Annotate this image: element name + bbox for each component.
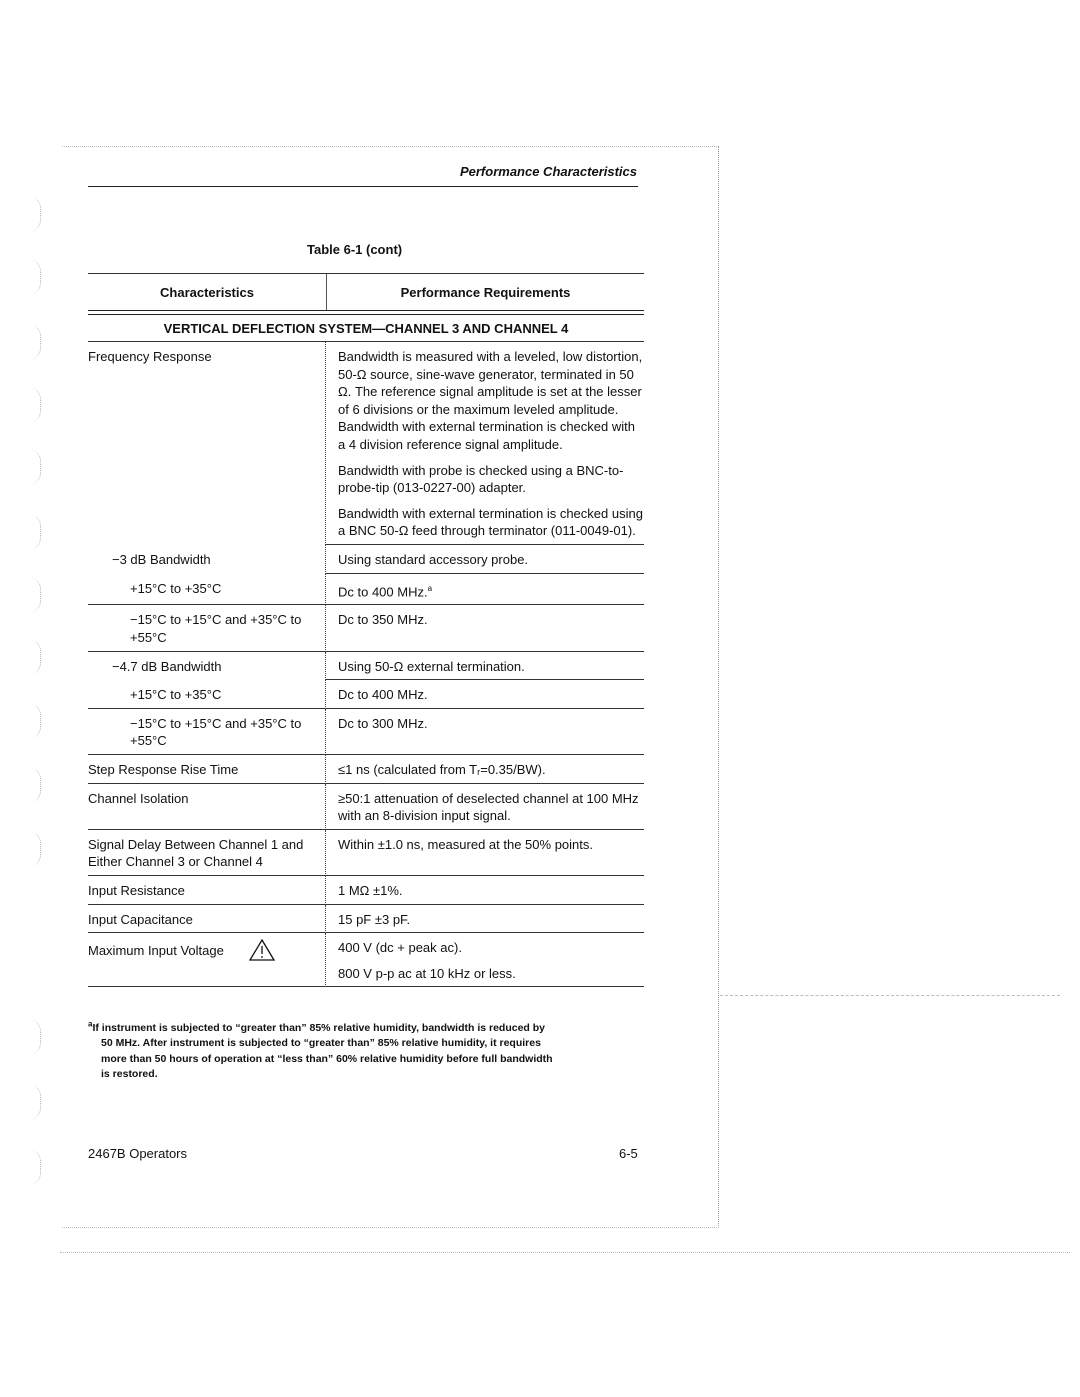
table-row: +15°C to +35°C Dc to 400 MHz.a — [88, 574, 644, 606]
running-head: Performance Characteristics — [460, 164, 637, 179]
table-row: Maximum Input Voltage 400 V (dc + peak a… — [88, 933, 644, 987]
requirement-text: Dc to 400 MHz. — [338, 584, 428, 599]
table-row: Frequency Response Bandwidth is measured… — [88, 342, 644, 545]
table-row: Input Resistance 1 MΩ ±1%. — [88, 876, 644, 905]
requirement-cell: 15 pF ±3 pF. — [326, 905, 644, 934]
section-heading: VERTICAL DEFLECTION SYSTEM—CHANNEL 3 AND… — [88, 314, 644, 342]
table-row: −15°C to +15°C and +35°C to +55°C Dc to … — [88, 709, 644, 755]
binder-hole-mark — [30, 1150, 41, 1184]
requirement-cell: 1 MΩ ±1%. — [326, 876, 644, 905]
binder-hole-mark — [30, 388, 41, 422]
binder-hole-mark — [30, 768, 41, 802]
footnote: aIf instrument is subjected to “greater … — [88, 1016, 648, 1083]
binder-hole-mark — [30, 197, 41, 231]
characteristic-cell: Input Resistance — [88, 876, 326, 905]
requirement-cell: ≥50:1 attenuation of deselected channel … — [326, 784, 644, 830]
requirement-text: 400 V (dc + peak ac). — [338, 939, 644, 957]
characteristic-text: −15°C to +15°C and +35°C to +55°C — [130, 611, 335, 646]
binder-hole-mark — [30, 832, 41, 866]
column-header-requirements: Performance Requirements — [327, 274, 644, 310]
requirement-text: 800 V p-p ac at 10 kHz or less. — [338, 965, 644, 983]
footnote-line: 50 MHz. After instrument is subjected to… — [88, 1036, 648, 1052]
scan-edge-bottom — [62, 1227, 719, 1228]
binder-hole-mark — [30, 325, 41, 359]
requirement-cell: Within ±1.0 ns, measured at the 50% poin… — [326, 830, 644, 876]
table-title: Table 6-1 (cont) — [307, 242, 402, 257]
requirement-cell: Using standard accessory probe. — [326, 545, 644, 574]
characteristic-cell: −4.7 dB Bandwidth — [88, 652, 326, 681]
manual-title: 2467B Operators — [88, 1146, 187, 1161]
characteristic-text: Maximum Input Voltage — [88, 943, 224, 958]
binder-hole-mark — [30, 1085, 41, 1119]
characteristic-cell: +15°C to +35°C — [88, 574, 326, 606]
characteristic-cell: Input Capacitance — [88, 905, 326, 934]
scan-edge-right-mid — [720, 995, 1060, 996]
requirement-text: Bandwidth with probe is checked using a … — [338, 462, 644, 497]
requirement-cell: Dc to 400 MHz. — [326, 680, 644, 709]
requirement-cell: ≤1 ns (calculated from Tᵣ=0.35/BW). — [326, 755, 644, 784]
characteristic-cell: +15°C to +35°C — [88, 680, 326, 709]
requirement-cell: Dc to 400 MHz.a — [326, 574, 644, 606]
footnote-mark: a — [428, 584, 432, 593]
table-row: Channel Isolation ≥50:1 attenuation of d… — [88, 784, 644, 830]
characteristic-cell: Frequency Response — [88, 342, 326, 545]
table-row: −3 dB Bandwidth Using standard accessory… — [88, 545, 644, 574]
requirement-cell: Bandwidth is measured with a leveled, lo… — [326, 342, 644, 545]
spec-table: Characteristics Performance Requirements… — [88, 273, 644, 987]
scan-edge-top — [62, 146, 717, 147]
binder-hole-mark — [30, 578, 41, 612]
binder-hole-mark — [30, 640, 41, 674]
requirement-cell: Dc to 300 MHz. — [326, 709, 644, 755]
binder-hole-mark — [30, 515, 41, 549]
footnote-line: aIf instrument is subjected to “greater … — [88, 1022, 545, 1034]
requirement-cell: Dc to 350 MHz. — [326, 605, 644, 651]
binder-hole-mark — [30, 704, 41, 738]
table-row: Step Response Rise Time ≤1 ns (calculate… — [88, 755, 644, 784]
table-row: +15°C to +35°C Dc to 400 MHz. — [88, 680, 644, 709]
column-header-characteristics: Characteristics — [88, 274, 327, 310]
characteristic-cell: Channel Isolation — [88, 784, 326, 830]
binder-hole-mark — [30, 450, 41, 484]
binder-hole-mark — [30, 1020, 41, 1054]
header-rule — [88, 186, 638, 187]
requirement-text: Bandwidth is measured with a leveled, lo… — [338, 348, 644, 454]
characteristic-cell: −3 dB Bandwidth — [88, 545, 326, 574]
characteristic-cell: Maximum Input Voltage — [88, 933, 326, 987]
scan-edge-right — [718, 146, 719, 1228]
characteristic-cell: −15°C to +15°C and +35°C to +55°C — [88, 709, 326, 755]
warning-triangle-icon — [249, 939, 275, 966]
binder-hole-mark — [30, 260, 41, 294]
footnote-line: is restored. — [88, 1067, 648, 1083]
table-row: Input Capacitance 15 pF ±3 pF. — [88, 905, 644, 934]
table-header: Characteristics Performance Requirements — [88, 273, 644, 311]
characteristic-text: −15°C to +15°C and +35°C to +55°C — [130, 715, 335, 750]
characteristic-cell: Step Response Rise Time — [88, 755, 326, 784]
characteristic-cell: −15°C to +15°C and +35°C to +55°C — [88, 605, 326, 651]
table-row: −15°C to +15°C and +35°C to +55°C Dc to … — [88, 605, 644, 651]
footnote-line: more than 50 hours of operation at “less… — [88, 1052, 648, 1068]
characteristic-cell: Signal Delay Between Channel 1 and Eithe… — [88, 830, 326, 876]
requirement-cell: Using 50-Ω external termination. — [326, 652, 644, 681]
page-number: 6-5 — [619, 1146, 638, 1161]
requirement-text: Bandwidth with external termination is c… — [338, 505, 644, 540]
requirement-cell: 400 V (dc + peak ac). 800 V p-p ac at 10… — [326, 933, 644, 987]
scan-edge-bottom-outer — [60, 1252, 1070, 1253]
table-row: −4.7 dB Bandwidth Using 50-Ω external te… — [88, 652, 644, 681]
table-row: Signal Delay Between Channel 1 and Eithe… — [88, 830, 644, 876]
